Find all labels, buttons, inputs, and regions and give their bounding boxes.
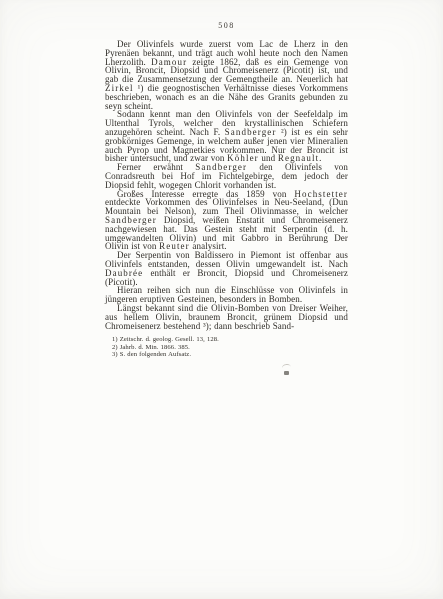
paragraph-seefeldalp: Sodann kennt man den Olivinfels von der … <box>105 110 348 163</box>
paragraph-dreiser-weiher: Längst bekannt sind die Olivin-Bomben vo… <box>105 304 348 330</box>
footnote-2: 2) Jahrb. d. Min. 1866. 385. <box>112 344 348 351</box>
ink-speck-blob <box>284 371 289 375</box>
paragraph-conradsreuth: Ferner erwähnt Sandberger den Olivinfels… <box>105 163 348 189</box>
paragraph-neu-seeland: Großes Interesse erregte das 1859 von Ho… <box>105 190 348 252</box>
footnotes-section: 1) Zeitschr. d. geolog. Gesell. 13, 128.… <box>105 336 348 358</box>
footnote-1: 1) Zeitschr. d. geolog. Gesell. 13, 128. <box>112 336 348 343</box>
footnote-3: 3) S. den folgenden Aufsatz. <box>112 351 348 358</box>
page-number: 508 <box>105 21 348 30</box>
paragraph-olivinfels-lherz: Der Olivinfels wurde zuerst vom Lac de L… <box>105 40 348 110</box>
paragraph-baldissero: Der Serpentin von Baldissero in Piemont … <box>105 251 348 286</box>
text-block: Der Olivinfels wurde zuerst vom Lac de L… <box>105 40 348 359</box>
paragraph-einschluesse: Hieran reihen sich nun die Einschlüsse v… <box>105 286 348 304</box>
